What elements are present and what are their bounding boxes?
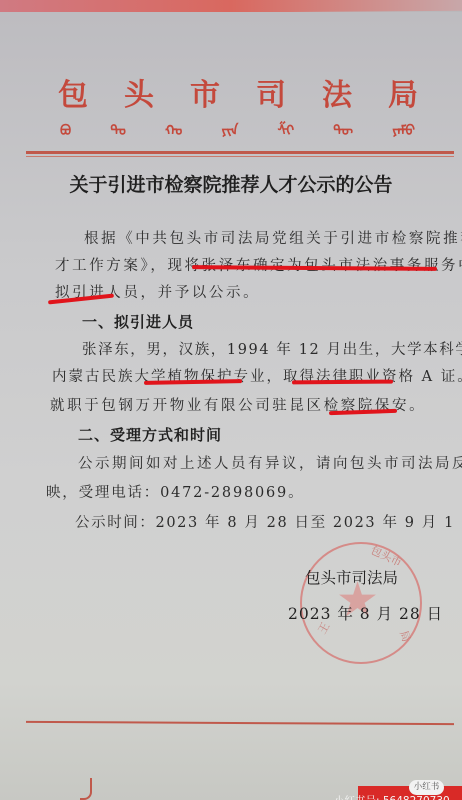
mongolian-word: ᠬᠣ [165, 116, 182, 140]
letterhead-char: 局 [388, 70, 418, 114]
signature-date: 2023 年 8 月 28 日 [288, 602, 443, 624]
mongolian-word: ᠱᠢ [278, 116, 295, 140]
section-2-line-3: 公示时间：2023 年 8 月 28 日至 2023 年 9 月 1 日。 [75, 511, 462, 532]
intro-line-1: 根据《中共包头市司法局党组关于引进市检察院推荐人 [84, 227, 462, 248]
letterhead-char: 包 [58, 70, 88, 114]
letterhead-char: 头 [124, 70, 154, 114]
mongolian-word: ᠲᠣ [110, 116, 126, 140]
section-1-heading: 一、拟引进人员 [82, 311, 194, 332]
intro-line-2: 才工作方案》，现将张泽东确定为包头市法治事务服务中心 [55, 254, 462, 275]
mongolian-word: ᠶᠠᠮᠤ [392, 116, 415, 140]
letterhead-mongolian-script: ᠪᠣ ᠲᠣ ᠬᠣ ᠶᠢᠨ ᠱᠢ ᠲᠦ ᠶᠠᠮᠤ [60, 116, 415, 140]
section-2-line-1: 公示期间如对上述人员有异议，请向包头市司法局反 [78, 452, 462, 473]
signature-organization: 包头市司法局 [305, 566, 398, 588]
watermark-user-id: 小红书号: 5648270730 [334, 793, 450, 800]
letterhead-divider-thin [26, 156, 454, 157]
letterhead-char: 司 [256, 70, 286, 114]
letterhead-char: 市 [190, 70, 220, 114]
letterhead-divider [26, 151, 454, 154]
document-title: 关于引进市检察院推荐人才公示的公告 [0, 170, 462, 197]
mongolian-word: ᠶᠢᠨ [221, 116, 238, 140]
section-1-line-2: 内蒙古民族大学植物保护专业，取得法律职业资格 A 证。现 [52, 365, 462, 386]
section-1-line-1: 张泽东，男，汉族，1994 年 12 月出生，大学本科学历， [82, 338, 462, 359]
letterhead-org-name: 包 头 市 司 法 局 [58, 70, 418, 114]
mongolian-word: ᠲᠦ [333, 116, 353, 140]
section-2-line-2: 映，受理电话：0472-2898069。 [46, 481, 304, 502]
section-2-heading: 二、受理方式和时间 [78, 424, 222, 445]
mongolian-word: ᠪᠣ [60, 116, 71, 140]
letterhead-char: 法 [322, 70, 352, 114]
bottom-frame-corner [80, 778, 92, 800]
